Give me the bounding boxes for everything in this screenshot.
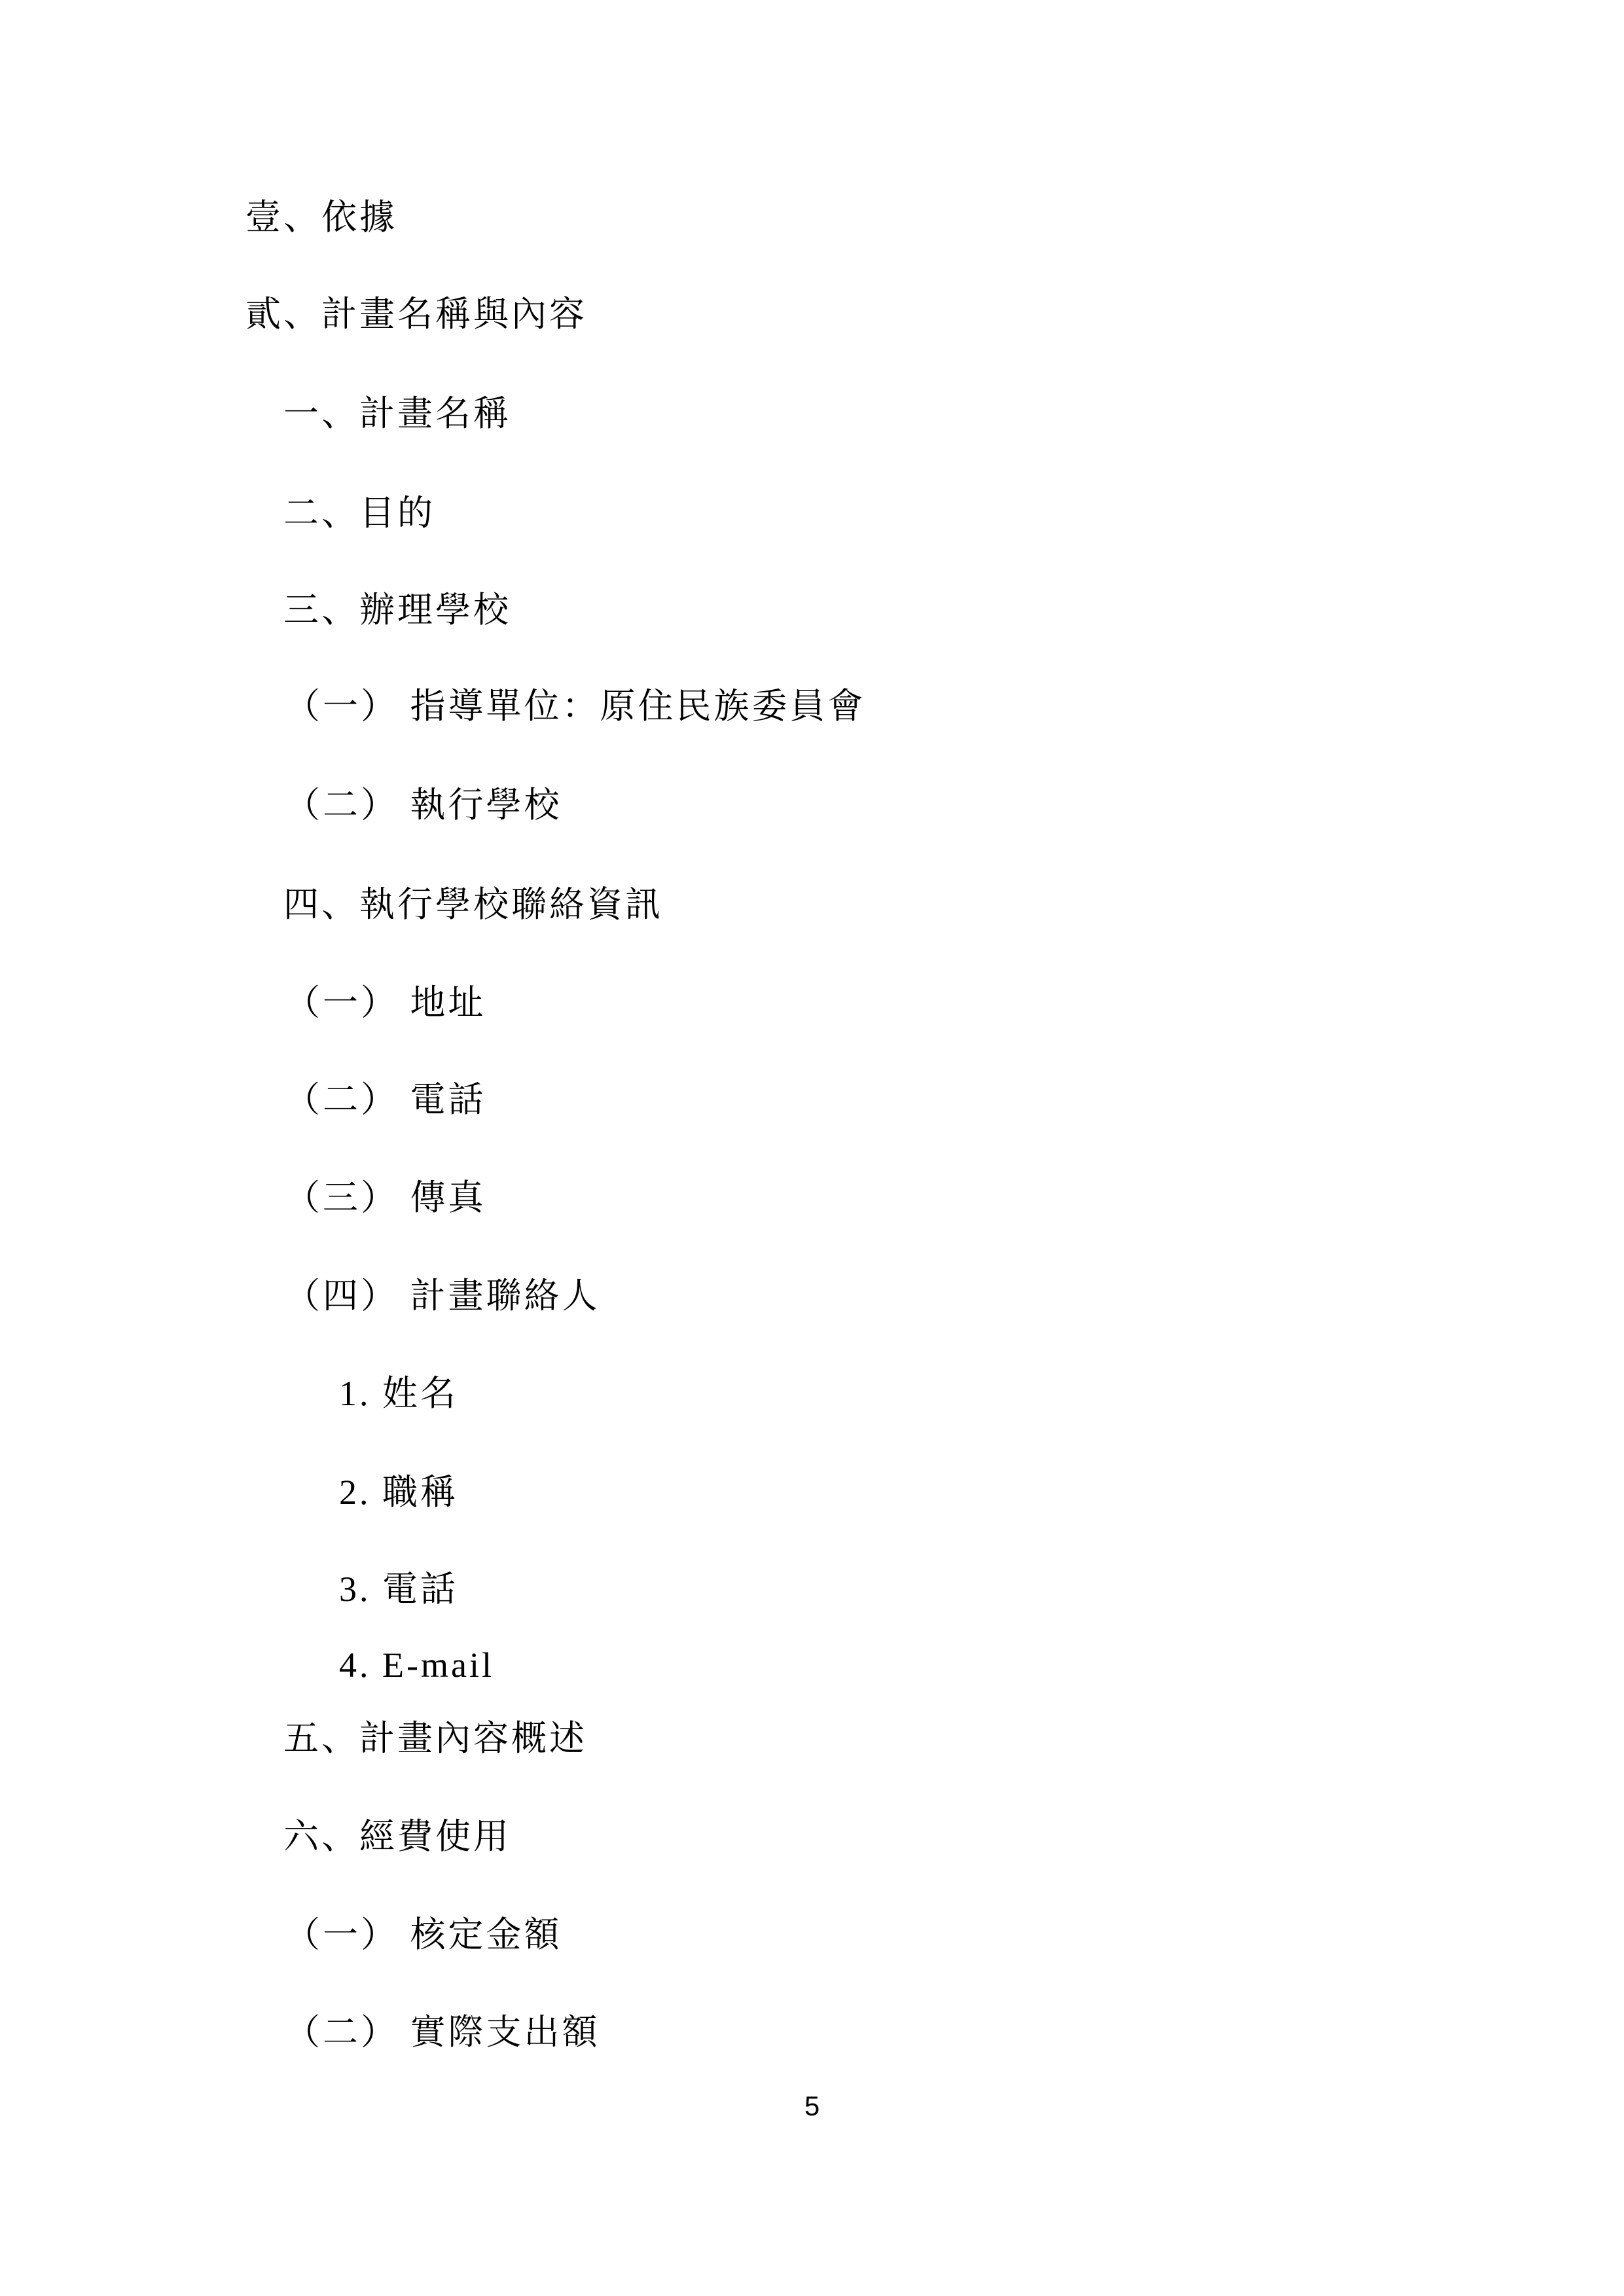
page-number: 5 — [0, 2092, 1624, 2121]
outline-item: 3. 電話 — [339, 1570, 458, 1608]
outline-item: （二） 執行學校 — [285, 786, 562, 824]
outline-item: 壹、依據 — [245, 198, 397, 236]
outline-item: （一） 核定金額 — [285, 1916, 562, 1954]
outline-item: （四） 計畫聯絡人 — [285, 1277, 600, 1315]
outline-item: 貳、計畫名稱與內容 — [245, 295, 587, 333]
outline-item: 二、目的 — [283, 494, 435, 532]
outline-item: （一） 地址 — [285, 984, 486, 1022]
outline-item: 1. 姓名 — [339, 1374, 458, 1412]
outline-item: 2. 職稱 — [339, 1473, 458, 1511]
outline-item: 4. E-mail — [339, 1646, 494, 1684]
outline-item: （一） 指導單位：原住民族委員會 — [285, 687, 866, 725]
outline-item: 五、計畫內容概述 — [283, 1719, 587, 1757]
outline-item: （二） 實際支出額 — [285, 2013, 600, 2051]
document-page: 壹、依據 貳、計畫名稱與內容 一、計畫名稱 二、目的 三、辦理學校 （一） 指導… — [0, 0, 1624, 2296]
outline-item: 一、計畫名稱 — [283, 395, 511, 433]
outline-item: 六、經費使用 — [283, 1818, 511, 1856]
outline-item: 三、辦理學校 — [283, 591, 511, 629]
outline-item: （二） 電話 — [285, 1081, 486, 1119]
outline-item: （三） 傳真 — [285, 1179, 486, 1217]
outline-item: 四、執行學校聯絡資訊 — [283, 886, 663, 924]
